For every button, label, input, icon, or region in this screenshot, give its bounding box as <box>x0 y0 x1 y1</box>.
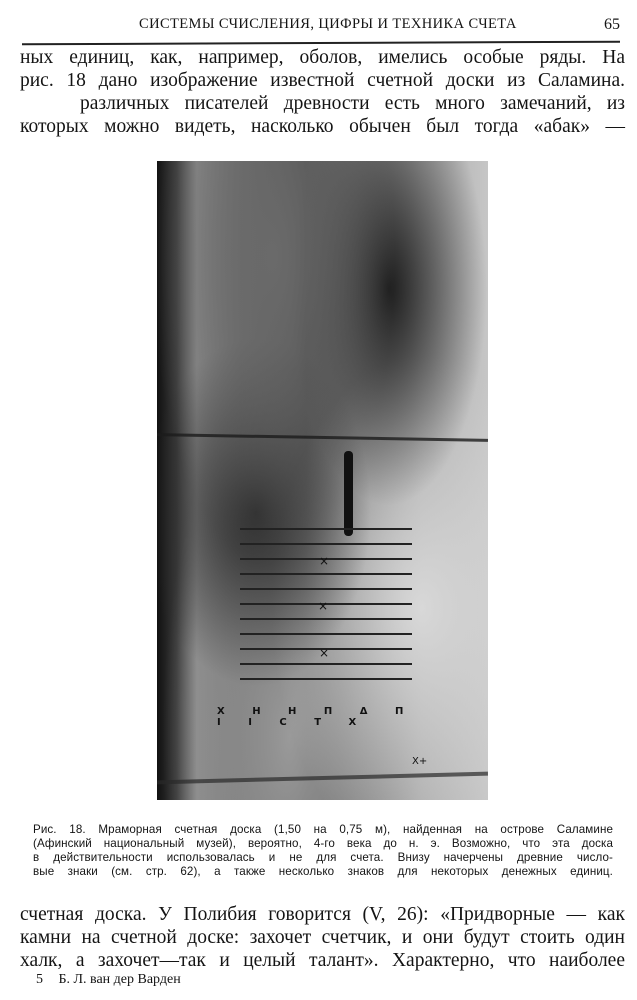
caption-line: вые знаки (см. стр. 62), а также несколь… <box>33 865 613 879</box>
page-number: 65 <box>604 16 620 34</box>
stone-crack <box>157 772 488 785</box>
text-line: камни на счетной доске: захочет счетчик,… <box>20 926 625 949</box>
counting-board-photo: × × × X Η Η Π Δ Π Ι Ι C Τ X X+ <box>157 161 488 800</box>
cross-mark: × <box>319 646 329 660</box>
greek-numeral-row: X Η Η Π Δ Π Ι Ι C Τ X <box>217 706 437 728</box>
cross-mark: × <box>318 599 328 613</box>
text-line: рис. 18 дано изображение известной счетн… <box>20 69 625 92</box>
top-paragraph: ных единиц, как, например, оболов, имели… <box>20 46 625 138</box>
text-line: ных единиц, как, например, оболов, имели… <box>20 46 625 69</box>
stone-crack <box>157 433 488 442</box>
text-line: различных писателей древности есть много… <box>20 92 625 115</box>
text-line: халк, а захочет—так и целый талант». Хар… <box>20 949 625 972</box>
caption-line: Рис. 18. Мраморная счетная доска (1,50 н… <box>33 823 613 837</box>
text-line: счетная доска. У Полибия говорится (V, 2… <box>20 903 625 926</box>
signature-number: 5 <box>36 972 43 987</box>
figure-caption: Рис. 18. Мраморная счетная доска (1,50 н… <box>33 823 613 879</box>
header-rule <box>22 41 620 46</box>
board-slot <box>344 451 353 536</box>
cross-mark: × <box>319 554 329 568</box>
text-line: которых можно видеть, насколько обычен б… <box>20 115 625 138</box>
page-header: СИСТЕМЫ СЧИСЛЕНИЯ, ЦИФРЫ И ТЕХНИКА СЧЕТА… <box>20 10 620 40</box>
corner-mark: X+ <box>412 756 427 767</box>
caption-line: (Афинский национальный музей), вероятно,… <box>33 837 613 851</box>
bottom-paragraph: счетная доска. У Полибия говорится (V, 2… <box>20 903 625 972</box>
page-footer: 5 Б. Л. ван дер Варден <box>36 972 181 988</box>
running-title: СИСТЕМЫ СЧИСЛЕНИЯ, ЦИФРЫ И ТЕХНИКА СЧЕТА <box>139 16 517 33</box>
signature-text: Б. Л. ван дер Варден <box>59 972 181 987</box>
caption-line: в действительности использовалась и не д… <box>33 851 613 865</box>
